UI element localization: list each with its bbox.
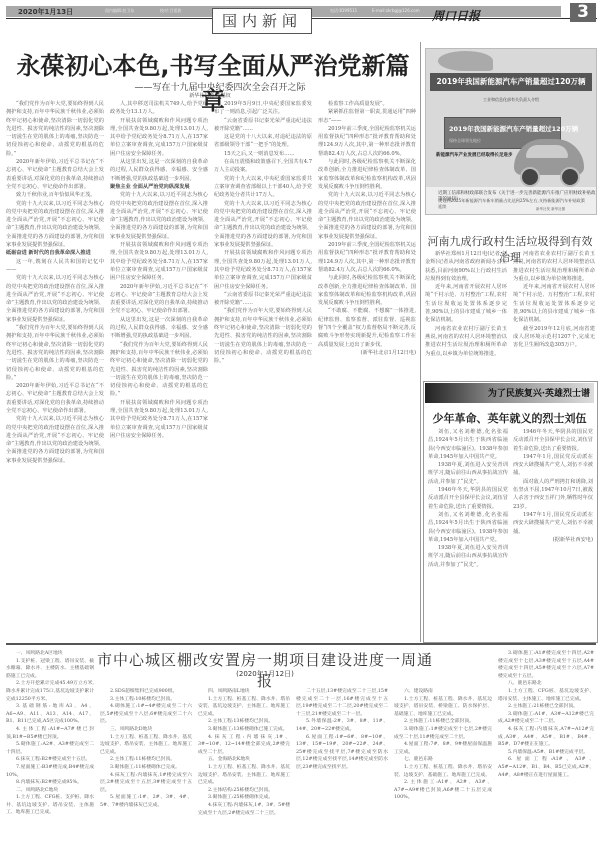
- report-item: 三、凤鸣路北D地块: [100, 726, 192, 734]
- report-item: 二十五层,13#楼完成至二十三层,15#楼完成至二十一层,16#楼完成至十五层,…: [296, 688, 388, 718]
- report-item: 4.抹灰工程:内墙抹灰,1#楼完成至六层,2#楼完成至十五层,3#楼完成至十五层…: [100, 772, 192, 795]
- paragraph: 开展扶贫领域腐败和作风问题专项治理,全国共查处9.80万起,处理13.01万人,…: [110, 241, 208, 282]
- report-item: 2.主体工程:11栋楼均已封顶。: [100, 756, 192, 764]
- report-item: 一、凤鸣路北A区地块: [6, 650, 94, 658]
- infographic-source: 工业和信息化部有关负责人介绍: [426, 97, 596, 103]
- paragraph: 面对敌人的严刑拷打和诱降,刘伍坚贞不屈,1947年10月7日,被敌人杀害于西安玉…: [513, 478, 593, 511]
- section-title: 国内新闻: [212, 8, 312, 34]
- report-column-1: 一、凤鸣路北A区地块 1.支护桩、冠梁工程、塔吊安装、截水帷幕、降水井、主楼防水…: [6, 650, 94, 845]
- paragraph: “我们党作为百年大党,要始终得到人民拥护和支持,百年中华民族千秋伟业,必须始终牢…: [214, 307, 312, 365]
- paragraph: 近年来,河南省开展农村人居环境“千村示范、万村整治”工程,农村生活垃圾收运处置体…: [513, 283, 595, 324]
- report-item: 5.砌体施工:A2#、A3#楼完成至二十四层。: [6, 741, 94, 756]
- paragraph: 1947年1月,国民党反动派在西安大肆搜捕共产党人,刘伍不幸被捕。: [513, 453, 593, 478]
- lead-column-2: 人,其中移送司法机关749人,给予党纪政务处分13.1万人。 开展扶贫领域腐败和…: [110, 100, 208, 640]
- paragraph: 2019年前三季度,全国纪检监察机关运用监督执纪“四种形态”批评教育帮助和处理1…: [318, 125, 416, 158]
- paragraph: 2020年新年伊始,习近平总书记在“不忘初心、牢记使命”主题教育总结大会上发表重…: [6, 158, 104, 191]
- wheel-icon: [520, 167, 540, 187]
- report-item: 4.抹灰工程:内墙抹灰,1#、3#、5#楼完成至十九层,2#楼完成至二十三层。: [198, 802, 290, 817]
- paragraph: 检监察工作高质量发展”。: [318, 100, 416, 108]
- page-number: 3: [570, 3, 596, 22]
- report-item: 1.土方工程、桩基工程、降水井、塔吊安装、基坑边坡支护、主体施工、地库施工已完成…: [198, 696, 290, 719]
- report-item: 3.砌体施工:25栋楼砌体完成。: [198, 794, 290, 802]
- report-item: 1.土方工程、桩基工程、降水井、基坑边坡支护、塔吊安装、主体施工、地库施工已完成…: [100, 734, 192, 757]
- paragraph: 刘伍,又名刘维德,化名张福昌,1924年5月出生于陕西省临潼县(今西安市临潼区)…: [428, 511, 508, 544]
- column-divider: [420, 42, 421, 642]
- paragraph: 这一年,镌刻在人民共和国的记忆中——: [6, 258, 104, 275]
- report-item: 3.砌体施工:A1#楼完成至十四层,A2#楼完成至十七层,A3#楼完成至十五层,…: [498, 650, 594, 680]
- paragraph: 党的十九大以来,以习近平同志为核心的党中央把党的政治建设摆在首位,深入推进全面从…: [6, 415, 104, 465]
- section-divider: [6, 643, 596, 645]
- editor-credit: 国内编辑:赵卫东: [105, 8, 134, 14]
- report-item: 3.砌体施工:1#楼完成至十七层,2#楼完成至二十层,11#楼完成至二十层。: [394, 726, 492, 741]
- report-item: 1.土方工程、CFG桩、基坑边坡支护、塔吊安装、主体施工、地库施工已完成。: [498, 688, 594, 703]
- paragraph: 党的十九大以来,以习近平同志为核心的党中央把党的政治建设摆在首位,深入推进全面从…: [6, 274, 104, 324]
- report-item: 3.砌体施工:A1#、A3#~A12#楼已完成,A2#楼完成至二十二层。: [498, 711, 594, 726]
- report-item: 1.土方工程、CFG桩、支护桩、降水井、基坑边坡支护、塔吊安装、主体施工、地库施…: [6, 794, 94, 817]
- paragraph: 2019年5月9日,中央纪委国家监委发布了一则消息,引起广泛关注。: [214, 100, 312, 117]
- dateline: (新华社北京1月12日电): [318, 349, 416, 357]
- report-column-3: 四、凤鸣路南L地块 1.土方工程、桩基工程、降水井、塔吊安装、基坑边坡支护、主体…: [198, 688, 290, 845]
- report-column-4: 二十五层,13#楼完成至二十三层,15#楼完成至二十一层,16#楼完成至十五层,…: [296, 688, 388, 845]
- paragraph: “我们党作为百年大党,要始终得到人民拥护和支持,百年中华民族千秋伟业,必须始终牢…: [110, 341, 208, 399]
- paragraph: 开展扶贫领域腐败和作风问题专项治理,全国共查处9.80万起,处理13.01万人,…: [214, 249, 312, 290]
- footer-line-2: 规划到2025年新能源汽车新车销量占比达到25%左右,支持新能源汽车补贴政策延续: [438, 198, 588, 210]
- paragraph: 2020年新年伊始,习近平总书记在“不忘初心、牢记使命”主题教育总结大会上发表重…: [110, 283, 208, 316]
- paragraph: “不敢腐、不能腐、不想腐”一体推进,纪律监督、监察监督、派驻监督、巡视监督“四个…: [318, 307, 416, 348]
- report-item: 2.主体施工:11栋楼已全部封顶。: [394, 718, 492, 726]
- report-item: 3.砌体施工:13栋楼砌体已施工完成。: [198, 726, 290, 734]
- report-item: 4.屋面工程:7#、8#、9#楼屋面保温施工完成。: [394, 741, 492, 756]
- infographic-credit: 新华社发 新华社图: [536, 207, 565, 212]
- issue-date: 2020年1月13日: [18, 7, 73, 17]
- paragraph: 2020年新年伊始,习近平总书记在“不忘初心、牢记使命”主题教育总结大会上发表重…: [6, 382, 104, 415]
- report-item: 6.抹灰工程:B2#楼完成至十五层。: [6, 756, 94, 764]
- phone: 电话:8199511: [330, 8, 357, 14]
- paragraph: 1938年夏,刘伍进入安吴青训班学习,随后前往山西从事抗战宣传活动,并参加了“民…: [428, 544, 508, 569]
- subheading: 聚焦主业 全面从严治党向纵深发展: [110, 183, 208, 191]
- infographic-banner: 2019年我国新能源汽车产销量超过120万辆: [430, 73, 592, 91]
- paragraph: 这是党的十八大以来,对违纪违法的原省部级领导干部“一把手”的处理。: [214, 133, 312, 150]
- paragraph: 刘伍,又名刘维德,化名张福昌,1924年5月出生于陕西省临潼县(今西安市临潼区)…: [428, 428, 508, 461]
- report-item: 2.SDS超细集料已完成900组。: [100, 688, 192, 696]
- paragraph: “我们党作为百年大党,要始终得到人民拥护和支持,百年中华民族千秋伟业,必须始终牢…: [6, 324, 104, 382]
- paragraph: 截至2019年12月底,河南省建成人居环境示范村1207个,完成无害化卫生厕所改…: [513, 325, 595, 350]
- car-window: [526, 145, 568, 158]
- paper-logo: 周口日报: [432, 7, 480, 24]
- card-subtitle: 保持全球领先地位: [449, 138, 481, 144]
- paragraph: 1946年冬天,华阴县的国民党反动派召开全县保甲长会议,刘伍冒着生命危险,送出了…: [428, 486, 508, 511]
- paragraph: 1947年1月,国民党反动派在西安大肆搜捕共产党人,刘伍不幸被捕。: [513, 511, 593, 536]
- paragraph: 2019年前三季度,全国纪检监察机关运用监督执纪“四种形态”批评教育帮助和处理1…: [318, 241, 416, 274]
- lead-column-1: “我们党作为百年大党,要始终得到人民拥护和支持,百年中华民族千秋伟业,必须始终牢…: [6, 100, 104, 640]
- martyr-headline: 少年革命、英年就义的烈士刘伍: [425, 410, 594, 426]
- paragraph: 1938年夏,刘伍进入安吴青训班学习,随后前往山西从事抗战宣传活动,并参加了“民…: [428, 461, 508, 486]
- report-column-2: 2.SDS超细集料已完成900组。 3.主体工程:10栋楼均已封顶。 4.砌体施…: [100, 688, 192, 845]
- infographic-caption: 新能源汽车产业发展已经取得长足进步: [436, 153, 516, 159]
- report-item: 2.主体工程:13栋楼均已封顶。: [198, 718, 290, 726]
- report-item: 3.主体工程:10栋楼均已封顶。: [100, 696, 192, 704]
- leaf-decoration-icon: [438, 51, 493, 71]
- report-column-6: 3.砌体施工:A1#楼完成至十四层,A2#楼完成至十七层,A3#楼完成至十五层,…: [498, 650, 594, 845]
- dateline: (据新华社西安电): [513, 536, 593, 544]
- report-item: 3.砌体施工:11栋楼砌体已完成。: [100, 764, 192, 772]
- lead-column-3: 2019年5月9日,中央纪委国家监委发布了一则消息,引起广泛关注。 “云南省委原…: [214, 100, 312, 640]
- paragraph: 党的十九大以来,以习近平同志为核心的党中央把党的政治建设摆在首位,深入推进全面从…: [214, 200, 312, 250]
- report-item: 5.屋面施工:1#、2#、3#、4#、5#、7#楼内墙抹灰已完成。: [100, 794, 192, 809]
- paragraph: 在高压震慑和政策感召下,全国共有4.7万人主动投案。: [214, 158, 312, 175]
- email: E-mail:zkrbgj@126.com: [372, 8, 420, 13]
- martyr-column-2: 1946年冬天,华阴县的国民党反动派召开全县保甲长会议,刘伍冒着生命危险,送出了…: [513, 428, 593, 638]
- martyr-column-1: 刘伍,又名刘维德,化名张福昌,1924年5月出生于陕西省临潼县(今西安市临潼区)…: [428, 428, 508, 638]
- paragraph: 河南省农业农村厅副厅长苗玉燕说,河南省的农村人居环境整治以推进农村生活垃圾治理和…: [513, 250, 595, 283]
- paragraph: 党的十九大以来,以习近平同志为核心的党中央把党的政治建设摆在首位,深入推进全面从…: [110, 191, 208, 241]
- report-item: 1.土方工程、桩基工程、降水井、塔吊安装、边坡支护、基础施工、地库施工已完成。: [394, 764, 492, 779]
- lead-byline: 新华社记者 朱基钗: [140, 92, 280, 99]
- paragraph: 党的十九大以来,以习近平同志为核心的党中央把党的政治建设摆在首位,深入推进全面从…: [6, 200, 104, 250]
- report-item: 4.主体工程:A1#~A7#楼已封顶,B1#~B5#楼已封顶。: [6, 726, 94, 741]
- wheel-icon: [560, 167, 580, 187]
- paragraph: 15天之后,又一则消息发布……: [214, 150, 312, 158]
- report-item: 2.主体施工:A1#、A2#、A3#、A7#~A9#楼已封顶,A6#楼二十五层完…: [394, 779, 492, 802]
- report-column-5: 六、建设路南 1.土方工程、桩基工程、降水井、基坑边坡支护、塔吊安装、桥梁施工、…: [394, 688, 492, 845]
- report-item: 8.内墙抹灰:B2#楼完成95%。: [6, 779, 94, 787]
- henan-column-1: 新华社郑州1月12日电(记者 刘金辉)记者从河南省政府新闻办公室获悉,目前河南9…: [425, 250, 507, 375]
- paragraph: 近年来,河南省开展农村人居环境“千村示范、万村整治”工程,农村生活垃圾收运处置体…: [425, 283, 507, 324]
- report-item: 七、鹿邑东路: [394, 756, 492, 764]
- paragraph: 党的十九大以来,以习近平同志为核心的党中央把党的政治建设摆在首位,深入推进全面从…: [318, 191, 416, 241]
- report-item: 3.基础钢筋:地库A3、A4、A6~A9、A11、A13、A14、A17、B1、…: [6, 703, 94, 726]
- paragraph: 从这里出发,这是一次深刻的自我革命的过程,人民群众获得感、幸福感、安全感不断增强…: [110, 316, 208, 341]
- report-item: 5.外墙保温:2#、3#、8#、11#、14#、20#~22#楼完成。: [296, 718, 388, 733]
- paragraph: 开展扶贫领域腐败和作风问题专项治理,全国共查处9.80万起,处理13.01万人,…: [110, 399, 208, 440]
- paragraph: “我们党作为百年大党,要始终得到人民拥护和支持,百年中华民族千秋伟业,必须始终牢…: [6, 100, 104, 158]
- report-item: 7.屋面施工:B3#楼完成,B4#楼完成10%。: [6, 764, 94, 779]
- report-item: 五、金海路北K地块: [198, 756, 290, 764]
- report-item: 6.屋面工程:A1#、A3#、A5#~A12#、B1、B4、B5已完成,A2#、…: [498, 756, 594, 779]
- paragraph: “云南省委原书记秦光荣严重违纪违法被开除党籍”……: [214, 117, 312, 134]
- masthead-rule: [6, 18, 212, 19]
- report-item: 5.内墙保温:A5#、B1#楼完成平层。: [498, 749, 594, 757]
- paragraph: 1946年冬天,华阴县的国民党反动派召开全县保甲长会议,刘伍冒着生命危险,送出了…: [513, 428, 593, 453]
- paragraph: 新华社郑州1月12日电(记者 刘金辉)记者从河南省政府新闻办公室获悉,目前河南9…: [425, 250, 507, 283]
- paragraph: “云南省委原书记秦光荣严重违纪违法被开除党籍”……: [214, 291, 312, 308]
- card-title: 2019年我国新能源汽车产销量超过120万辆: [449, 124, 578, 133]
- report-item: 1.土方工程、桩基工程、降水井、基坑边坡支护、塔吊安装、桥梁施工、防水保护层、基…: [394, 696, 492, 719]
- report-item: 六、建设路南: [394, 688, 492, 696]
- report-item: 八、鹿邑东路北: [498, 680, 594, 688]
- report-item: 1.土方工程、桩基工程、降水井、基坑边坡支护、塔吊安装、主体施工、地库施工已完成…: [198, 764, 290, 787]
- paragraph: 河南省农业农村厅副厅长苗玉燕说,河南省的农村人居环境整治以推进农村生活垃圾治理和…: [425, 325, 507, 358]
- paragraph: 开展扶贫领域腐败和作风问题专项治理,全国共查处9.80万起,处理13.01万人,…: [110, 117, 208, 158]
- henan-column-2: 河南省农业农村厅副厅长苗玉燕说,河南省的农村人居环境整治以推进农村生活垃圾治理和…: [513, 250, 595, 375]
- paragraph: 与此同时,各级纪检监察机关不断深化改革创新,全力推进纪律检查体制改革、国家监察体…: [318, 274, 416, 307]
- report-item: 四、凤鸣路南L地块: [198, 688, 290, 696]
- proof-credit: 校对:吕雷波: [160, 8, 181, 14]
- paragraph: 致力千秋伟业,百年恰似风华正茂。: [6, 191, 104, 199]
- paragraph: 从这里出发,这是一次深刻的自我革命的过程,人民群众获得感、幸福感、安全感不断增强…: [110, 158, 208, 183]
- report-item: 6.屋面工程:1#~6#、8#~10#、13#、15#~19#、20#~22#、…: [296, 734, 388, 772]
- report-item: 4.抹灰工程:内墙抹灰,A7#~A12#完成,A3#、A4#、A5#、B1#、B…: [498, 726, 594, 749]
- subheading: 砥砺奋进 新时代的自我革命深入推进: [6, 249, 104, 257]
- paragraph: 紧紧抓住监督第一职责,贯通运用“四种形态”——: [318, 108, 416, 125]
- report-item: 二、凤鸣路北C地块: [6, 787, 94, 795]
- paragraph: 与此同时,各级纪检监察机关不断深化改革创新,全力推进纪律检查体制改革、国家监察体…: [318, 158, 416, 191]
- report-item: 4.砌体施工:1#~4#楼完成至二十六层,5#楼完成至十八层,6#楼完成至二十六…: [100, 703, 192, 726]
- report-item: 1.支护桩、冠梁工程、塔吊安装、截水帷幕、降水井、主楼防水、主楼基础钢筋施工已完…: [6, 658, 94, 681]
- ev-sales-infographic: 2019年我国新能源汽车产销量超过120万辆 工业和信息化部有关负责人介绍 20…: [425, 48, 597, 215]
- paragraph: 人,其中移送司法机关749人,给予党纪政务处分13.1万人。: [110, 100, 208, 117]
- report-date: (2020年1月12日): [180, 669, 350, 679]
- masthead: 2020年1月13日 国内编辑:赵卫东 校对:吕雷波 国内新闻 电话:81995…: [0, 0, 600, 20]
- report-item: 2.主体结构:25栋楼均已封顶。: [198, 787, 290, 795]
- report-item: 2.土方开挖累计完成45.49万立方米,降水井累计完成175口,基坑边坡支护累计…: [6, 680, 94, 703]
- report-item: 4.抹灰工程:内墙抹灰,1#、3#~10#、12~14#楼全部完成,2#楼完成至…: [198, 734, 290, 757]
- martyr-banner-title: 为了民族复兴·英雄烈士谱: [470, 386, 590, 399]
- lead-column-4: 检监察工作高质量发展”。 紧紧抓住监督第一职责,贯通运用“四种形态”—— 201…: [318, 100, 416, 640]
- paragraph: 党的十九大以来,中央纪委国家监委共立案审查调查省部级以上干部40人,给予党纪政务…: [214, 175, 312, 200]
- report-item: 2.主体施工:21栋楼已全部封顶。: [498, 703, 594, 711]
